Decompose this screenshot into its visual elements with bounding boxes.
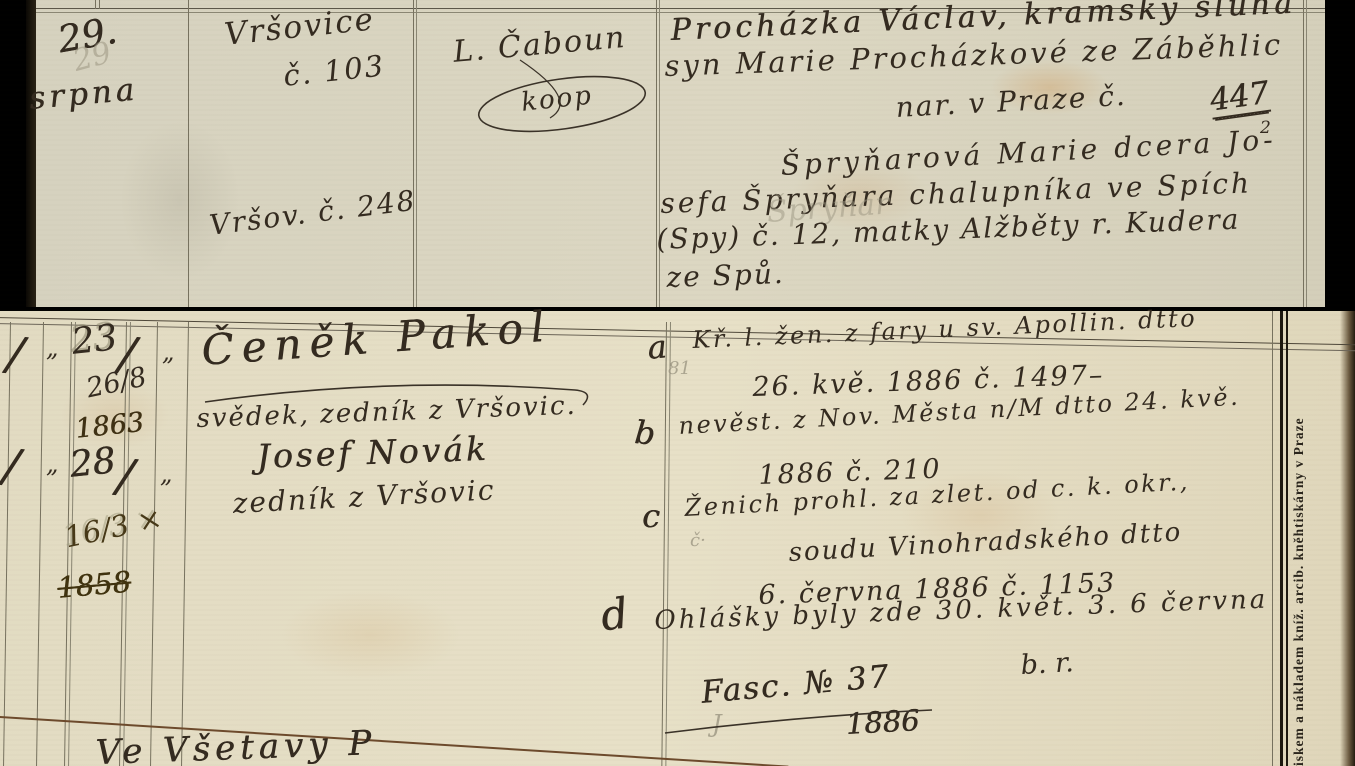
table-rule-vertical (656, 0, 657, 307)
next-entry-fragment: Ve Všetavy P (95, 726, 377, 766)
table-rule-vertical (659, 0, 660, 307)
bride-age-value: 28 (68, 443, 117, 484)
age-ditto-mark: „ (46, 452, 58, 476)
bottom-page-right-edge (1340, 311, 1355, 766)
table-rule-vertical (95, 0, 96, 9)
bride-record-line: ze Spů. (666, 260, 785, 292)
note-d-label: d (598, 592, 630, 637)
note-d-line: b. r. (1020, 649, 1074, 679)
age-ditto-mark: „ (160, 462, 172, 486)
table-rule-vertical (188, 0, 189, 307)
fascicle-year: 1886 (845, 706, 920, 739)
top-page-left-edge (26, 0, 36, 307)
note-b-label: b (633, 416, 656, 450)
table-rule-vertical-thick (1286, 311, 1288, 766)
note-c-pencil: č· (690, 532, 706, 550)
witness-signature: Josef Novák (256, 432, 489, 473)
table-rule-vertical-thick (1280, 311, 1283, 766)
officiant-title: koop (520, 83, 594, 116)
table-rule-vertical (1303, 0, 1304, 307)
groom-age-value: 23 (70, 320, 119, 361)
age-ditto-mark: „ (162, 340, 174, 364)
entry-date-month: srpna (28, 74, 139, 114)
bride-birth-year-struck: 1858 (56, 568, 132, 603)
fascicle-pencil: J (712, 712, 722, 736)
age-ditto-mark: „ (46, 336, 58, 360)
printer-imprint-vertical: iskem a nákladem kníž. arcib. kněhtiskár… (1291, 318, 1307, 766)
note-a-label: a (646, 330, 668, 364)
table-rule-vertical (99, 0, 100, 9)
note-c-label: c (642, 500, 660, 532)
groom-birth-year: 1863 (74, 409, 145, 443)
note-a-pencil: 81 (668, 360, 691, 378)
register-page-scan: 29. 29 srpna Vršovice č. 103 Vršov. č. 2… (0, 0, 1355, 766)
table-rule-vertical (413, 0, 414, 307)
table-rule-vertical (1306, 0, 1307, 307)
table-rule-vertical (1272, 311, 1273, 766)
table-rule-vertical (416, 0, 417, 307)
